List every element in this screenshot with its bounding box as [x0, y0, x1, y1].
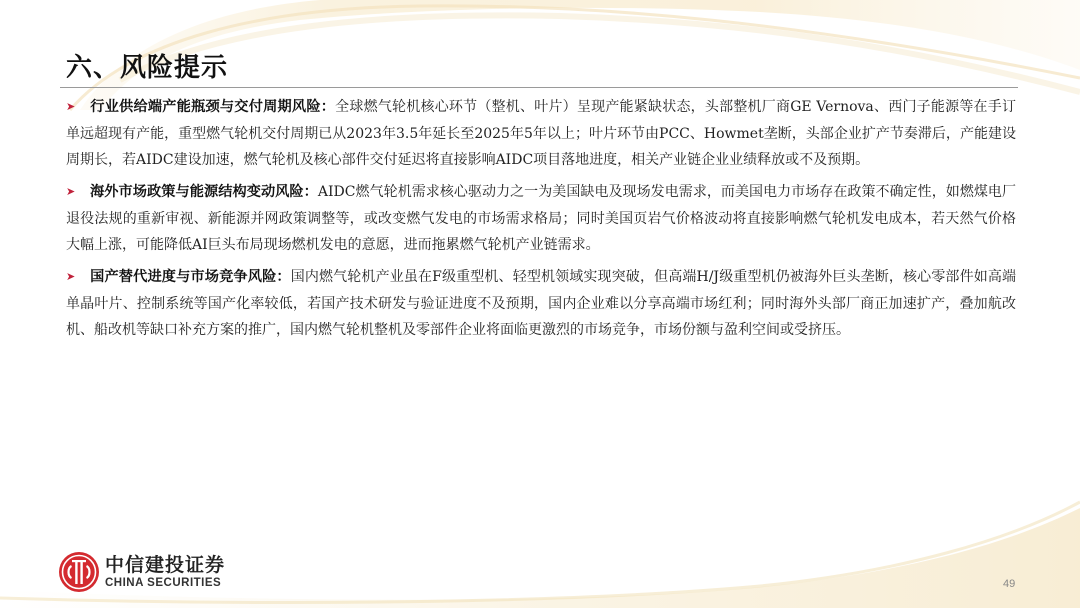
- arrow-bullet-icon: ➤: [66, 179, 90, 205]
- arrow-bullet-icon: ➤: [66, 264, 90, 290]
- logo-chinese-name: 中信建投证券: [105, 554, 225, 576]
- arrow-bullet-icon: ➤: [66, 94, 90, 120]
- title-divider: [60, 87, 1018, 88]
- risk-title: 国产替代进度与市场竞争风险：: [90, 269, 291, 285]
- page-number: 49: [1003, 578, 1015, 590]
- citic-logo-icon: [58, 551, 100, 593]
- logo-english-name: CHINA SECURITIES: [105, 576, 225, 590]
- company-logo: 中信建投证券 CHINA SECURITIES: [58, 551, 225, 593]
- risk-item-supply-bottleneck: ➤行业供给端产能瓶颈与交付周期风险：全球燃气轮机核心环节（整机、叶片）呈现产能紧…: [66, 94, 1016, 173]
- slide-title: 六、风险提示: [66, 50, 228, 86]
- risk-item-overseas-policy: ➤海外市场政策与能源结构变动风险：AIDC燃气轮机需求核心驱动力之一为美国缺电及…: [66, 179, 1016, 258]
- risk-title: 行业供给端产能瓶颈与交付周期风险：: [90, 99, 335, 115]
- risk-item-domestic-substitution: ➤国产替代进度与市场竞争风险：国内燃气轮机产业虽在F级重型机、轻型机领域实现突破…: [66, 264, 1016, 343]
- risk-title: 海外市场政策与能源结构变动风险：: [90, 184, 318, 200]
- risk-list: ➤行业供给端产能瓶颈与交付周期风险：全球燃气轮机核心环节（整机、叶片）呈现产能紧…: [66, 94, 1016, 349]
